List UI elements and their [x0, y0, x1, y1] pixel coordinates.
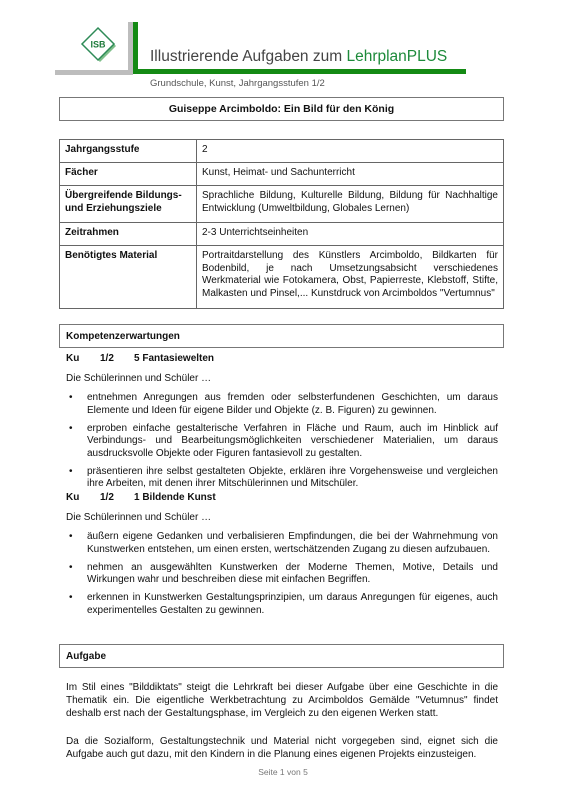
- header-green-bar: [133, 69, 466, 74]
- header-subtitle: Grundschule, Kunst, Jahrgangsstufen 1/2: [150, 78, 325, 89]
- page-number: Seite 1 von 5: [0, 767, 566, 777]
- title-accent: LehrplanPLUS: [346, 48, 447, 65]
- section-aufgabe: Aufgabe: [59, 644, 504, 668]
- competence-area: 5 Fantasiewelten: [134, 353, 214, 364]
- students-intro: Die Schülerinnen und Schüler …: [66, 512, 211, 523]
- grade-level: 1/2: [100, 492, 134, 503]
- aufgabe-paragraph: Da die Sozialform, Gestaltungstechnik un…: [66, 736, 498, 762]
- header-green-vertical-bar: [133, 22, 138, 74]
- aufgabe-paragraph: Im Stil eines "Bilddiktats" steigt die L…: [66, 682, 498, 720]
- competence-item: erproben einfache gestalterische Verfahr…: [66, 423, 498, 461]
- info-value: Sprachliche Bildung, Kulturelle Bildung,…: [197, 186, 504, 223]
- isb-logo: ISB: [78, 26, 118, 66]
- competence-list: äußern eigene Gedanken und verbalisieren…: [66, 531, 498, 623]
- competence-area: 1 Bildende Kunst: [134, 492, 216, 503]
- section-kompetenzerwartungen: Kompetenzerwartungen: [59, 324, 504, 348]
- info-row: Jahrgangsstufe2: [60, 140, 504, 163]
- info-row: Zeitrahmen2-3 Unterrichtseinheiten: [60, 223, 504, 246]
- document-title: Guiseppe Arcimboldo: Ein Bild für den Kö…: [59, 97, 504, 121]
- info-value: 2-3 Unterrichtseinheiten: [197, 223, 504, 246]
- info-key: Jahrgangsstufe: [60, 140, 197, 163]
- info-value: 2: [197, 140, 504, 163]
- logo-text: ISB: [90, 40, 106, 50]
- header-grey-bar: [55, 70, 133, 75]
- competence-item: nehmen an ausgewählten Kunstwerken der M…: [66, 562, 498, 587]
- info-key: Übergreifende Bildungs- und Erziehungszi…: [60, 186, 197, 223]
- subject-code: Ku: [66, 492, 100, 503]
- info-key: Zeitrahmen: [60, 223, 197, 246]
- title-prefix: Illustrierende Aufgaben zum: [150, 48, 346, 65]
- info-key: Benötigtes Material: [60, 246, 197, 309]
- info-row: FächerKunst, Heimat- und Sachunterricht: [60, 163, 504, 186]
- competence-group-header: Ku1/25 Fantasiewelten: [66, 353, 214, 364]
- info-table: Jahrgangsstufe2FächerKunst, Heimat- und …: [59, 139, 504, 309]
- header-title: Illustrierende Aufgaben zum LehrplanPLUS: [150, 48, 447, 66]
- competence-item: entnehmen Anregungen aus fremden oder se…: [66, 392, 498, 417]
- info-value: Portraitdarstellung des Künstlers Arcimb…: [197, 246, 504, 309]
- competence-item: äußern eigene Gedanken und verbalisieren…: [66, 531, 498, 556]
- competence-group-header: Ku1/21 Bildende Kunst: [66, 492, 216, 503]
- info-key: Fächer: [60, 163, 197, 186]
- competence-item: erkennen in Kunstwerken Gestaltungsprinz…: [66, 592, 498, 617]
- competence-item: präsentieren ihre selbst gestalteten Obj…: [66, 466, 498, 491]
- info-row: Übergreifende Bildungs- und Erziehungszi…: [60, 186, 504, 223]
- subject-code: Ku: [66, 353, 100, 364]
- grade-level: 1/2: [100, 353, 134, 364]
- students-intro: Die Schülerinnen und Schüler …: [66, 373, 211, 384]
- competence-list: entnehmen Anregungen aus fremden oder se…: [66, 392, 498, 496]
- info-row: Benötigtes MaterialPortraitdarstellung d…: [60, 246, 504, 309]
- info-value: Kunst, Heimat- und Sachunterricht: [197, 163, 504, 186]
